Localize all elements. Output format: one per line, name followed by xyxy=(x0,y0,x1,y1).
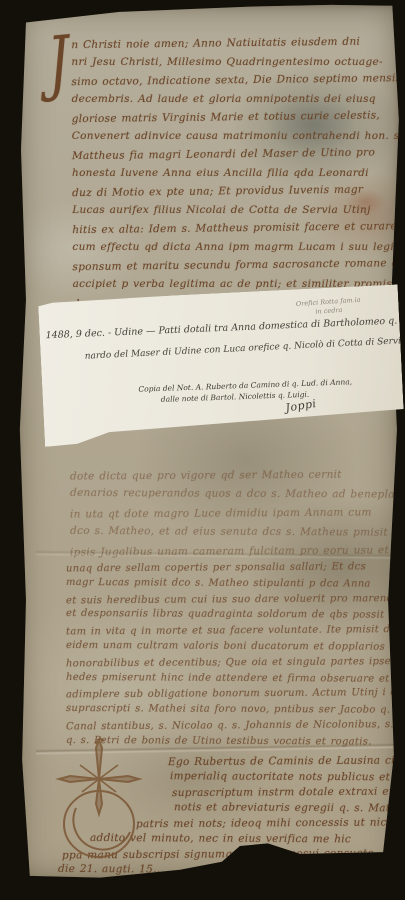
slip-date-line: 1488, 9 dec. - Udine — Patti dotali tra … xyxy=(45,314,405,341)
manuscript-mid-text: dote dicta que pro vigore qd ser Matheo … xyxy=(70,466,405,561)
manuscript-line: magr Lucas pmisit dco s. Matheo stipulan… xyxy=(66,575,405,593)
manuscript-line: simo octavo, Indicatione sexta, Die Dnic… xyxy=(71,69,405,92)
manuscript-line: patris mei nots; ideoq mihi concessis ut… xyxy=(136,815,405,833)
manuscript-line: cum effectu qd dicta Anna ipm magrm Luca… xyxy=(72,237,405,255)
manuscript-line: dco s. Matheo, et ad eius senuta dcs s. … xyxy=(70,522,405,543)
slip-date-line-continued: nardo del Maser di Udine con Luca orefic… xyxy=(84,336,405,362)
star-crescent-notary-mark-icon xyxy=(44,734,156,864)
manuscript-line: hitis ex alta: Idem s. Mattheus promisit… xyxy=(72,217,405,240)
manuscript-line: suprascripti s. Mathei sita foro novo, p… xyxy=(66,701,405,719)
manuscript-line: Mattheus fia magri Leonardi del Maser de… xyxy=(72,143,405,166)
manuscript-line: decembris. Ad laude et gloria omnipotent… xyxy=(72,90,405,109)
pencil-note: Orefici Rotta fam.ia in cedra xyxy=(263,294,394,320)
copy-note: Copia del Not. A. Ruberto da Camino di q… xyxy=(138,376,352,405)
manuscript-line: sponsum et maritu secundu forma sacrosan… xyxy=(72,254,405,277)
manuscript-line: Lucas aurifex filius Nicolai de Cotta de… xyxy=(72,200,405,219)
manuscript-line: denarios recuperandos quos a dco s. Math… xyxy=(70,484,405,505)
manuscript-line: imperialiq auctoritate nots publicus et … xyxy=(170,769,405,786)
manuscript-line: eidem unam cultram valoris boni ducatoru… xyxy=(66,638,405,656)
illuminated-initial: J xyxy=(46,22,71,105)
manuscript-line: gloriose matris Virginis Marie et totius… xyxy=(72,106,405,129)
manuscript-lower-text: unaq dare sellam copertis per sponsalia … xyxy=(66,560,405,750)
manuscript-line: Ego Rubertus de Caminis de Lausina civis… xyxy=(168,753,405,771)
manuscript-line: suprascriptum instrm dotale extraxi et p… xyxy=(172,784,405,802)
manuscript-line: duz di Motio ex pte una; Et providus Iuv… xyxy=(72,180,405,203)
manuscript-line: die 21. augti. 15.. xyxy=(58,861,405,879)
manuscript-upper-text: n Christi noie amen; Anno Natiuitatis ei… xyxy=(71,33,405,312)
manuscript-line: honorabilibus et decentibus; Que oia et … xyxy=(66,653,405,672)
manuscript-line: notis et abreviaturis egregii q. s. Math… xyxy=(174,800,405,817)
manuscript-line: Convenert adinvice causa matrimoniu cont… xyxy=(72,127,405,145)
manuscript-line: honesta Iuvene Anna eius Ancilla filia q… xyxy=(72,164,405,183)
manuscript-line: nri Jesu Christi, Millesimo Quadringente… xyxy=(71,53,405,72)
manuscript-line: n Christi noie amen; Anno Natiuitatis ei… xyxy=(71,32,405,55)
photo-background: J n Christi noie amen; Anno Natiuitatis … xyxy=(0,0,405,900)
